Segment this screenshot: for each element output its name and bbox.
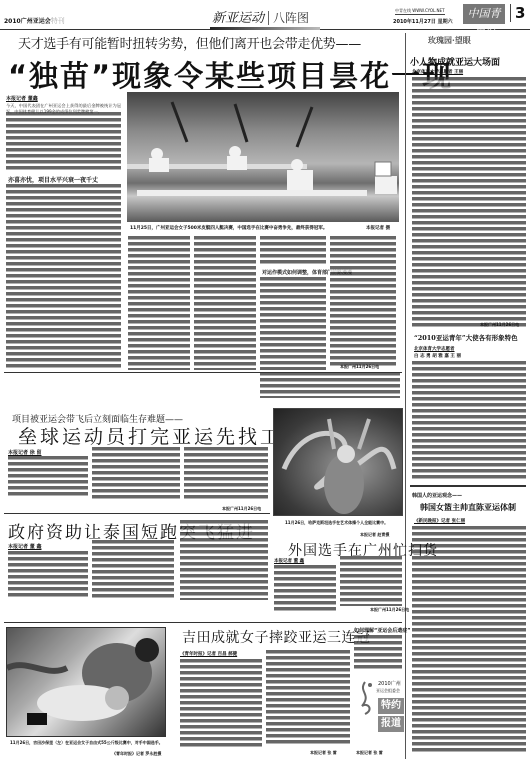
story3-body-col-1: [8, 551, 88, 599]
wrestling-photo: [6, 627, 166, 737]
sidebar-bottom-body: [412, 526, 526, 754]
lead-byline: 本报记者 董鑫: [6, 95, 38, 102]
sidebar-top-end-tag: 本报广州11月26日电: [480, 322, 519, 328]
promo-end-tag: 本报记者 张 雷: [356, 750, 383, 756]
story2-body-col-3: [184, 447, 268, 499]
asian-games-logo-box: 2010广州 亚运会组委会 特约 报道: [354, 672, 404, 742]
lead-body-column-1: [6, 112, 121, 172]
masthead-shade-bar: [210, 27, 320, 30]
lead-body-column-2: [128, 236, 190, 370]
lead-body-column-4b: [260, 277, 326, 370]
story2-headline: 垒球运动员打完亚运先找工作: [18, 422, 304, 449]
wrestlers-graphic: [7, 628, 166, 737]
kayak-paddlers-graphic: [127, 92, 399, 222]
sidebar-mid-headline: “2010亚运青年”大使各有形象特色: [414, 333, 518, 342]
story2-body-col-1: [8, 456, 88, 498]
lead-crosshead-1: 亦喜亦忧，项目水平兴衰一夜千丈: [8, 175, 98, 184]
sidebar-top-body: [412, 77, 526, 327]
lead-body-column-3: [194, 236, 256, 370]
story5-byline: 《青年时报》记者 百昌 郝健: [180, 651, 237, 657]
sidebar-top-byline: 北京体育大学志愿者 王丽: [412, 69, 463, 75]
story3-body-col-2: [92, 540, 174, 600]
sidebar-column-label: 玫瑰园·望眼: [428, 35, 471, 46]
canoe-race-photo: [127, 92, 399, 222]
sidebar-bottom-headline: 韩国女篮主帅直陈亚运体制: [420, 502, 516, 513]
wrestling-photo-credit: 《青年时报》记者 罗永胜摄: [112, 751, 161, 757]
website-link[interactable]: 中青在线 WWW.CYOL.NET: [395, 8, 445, 15]
lead-body-column-1b: [6, 184, 121, 370]
section-label: 2010广州亚运会特刊: [4, 16, 65, 26]
rhythmic-photo-caption: 11月26日，哈萨克斯坦选手在艺术体操个人全能比赛中。: [285, 520, 400, 526]
story4-body-col-2: [340, 556, 402, 606]
lead-body-column-5: [330, 236, 396, 366]
sidebar-mid-byline-2: 白 志 勇 胡 雅 嘉 王 丽: [414, 353, 461, 359]
special-report-badge-2: 报道: [378, 716, 404, 732]
story3-body-col-3: [180, 520, 268, 600]
issue-date: 2010年11月27日 星期六: [393, 18, 453, 25]
special-report-badge-1: 特约: [378, 698, 404, 714]
gymnast-ribbon-graphic: [274, 409, 403, 516]
sidebar-mid-body: [412, 361, 526, 479]
promo-logo-line-1: 2010广州: [378, 680, 401, 687]
column-title: 新亚运动八阵图: [212, 7, 309, 26]
sidebar-bottom-kicker: 韩国人的亚运观念——: [412, 492, 462, 499]
story2-byline: 本报记者 徐 留: [8, 449, 41, 456]
page-number: 3: [510, 4, 525, 22]
column-name: 八阵图: [268, 11, 309, 25]
story5-body-col-1: [180, 659, 262, 749]
promo-headline: 如何理解“亚运会后遗症”: [354, 627, 411, 634]
column-divider: [405, 33, 406, 759]
asian-games-flame-icon: [354, 680, 376, 716]
section-rule-3: [4, 622, 402, 623]
story3-end-tag: 本报广州11月26日电: [222, 506, 261, 512]
lead-end-tag: 本报广州11月26日电: [340, 364, 379, 370]
lead-body-column-4a: [260, 236, 326, 266]
story2-body-col-2: [92, 447, 180, 499]
rhythmic-photo-credit: 本报记者 赵青摄: [360, 532, 389, 538]
story4-end-tag: 本报广州11月26日电: [370, 607, 409, 613]
lead-subhead: 天才选手有可能暂时扭转劣势，但他们离开也会带走优势——: [18, 33, 361, 52]
lead-continued-body: [260, 372, 400, 398]
story5-headline: 吉田成就女子摔跤亚运三连冠: [182, 627, 371, 647]
story5-end-tag: 本报记者 张 雷: [310, 750, 337, 756]
sidebar-mid-byline: 北京体育大学志愿者: [414, 346, 455, 352]
promo-logo-line-2: 亚运会组委会: [376, 688, 400, 694]
sidebar-top-headline: 小人物成就亚运大场面: [410, 55, 500, 68]
story5-body-col-2: [266, 650, 350, 746]
sidebar-bottom-byline: 《新民晚报》记者 张仁丽: [414, 518, 465, 524]
promo-body: [354, 635, 402, 669]
section-suffix: 特刊: [51, 17, 65, 25]
section-name: 2010广州亚运会: [4, 18, 51, 25]
lead-headline: “独苗”现象令某些项目昙花一现: [8, 54, 453, 95]
sidebar-divider: [410, 485, 526, 487]
paper-logo: 中国青年报: [463, 4, 505, 24]
section-rule-2: [4, 513, 270, 514]
rhythmic-gymnast-photo: [273, 408, 403, 516]
story4-byline: 本报记者 董 鑫: [274, 558, 304, 564]
wrestling-photo-caption: 11月26日，吉田沙保里（左）在亚运会女子自由式55公斤级比赛中，对手中国选手。: [10, 740, 166, 746]
canoe-photo-caption: 11月25日，广州亚运会女子500米皮艇四人艇决赛，中国选手在比赛中奋勇争先，最…: [130, 226, 390, 232]
story3-byline: 本报记者 董 鑫: [8, 543, 41, 550]
column-logo: 新亚运动: [212, 11, 264, 26]
story4-body-col-1: [274, 565, 336, 611]
canoe-photo-credit: 本报记者 摄: [366, 226, 390, 232]
